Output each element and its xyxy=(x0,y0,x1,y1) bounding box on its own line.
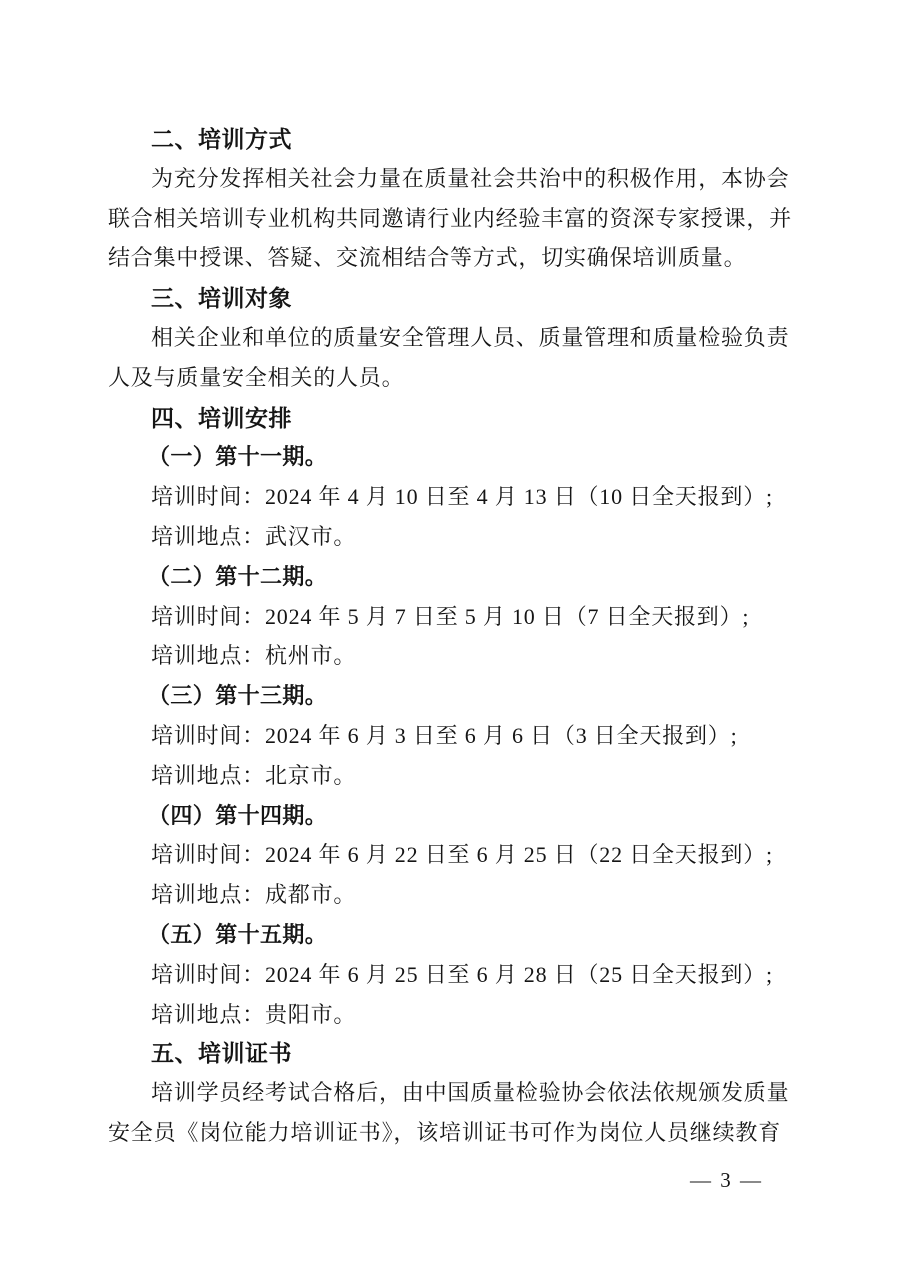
session-13-location: 培训地点：北京市。 xyxy=(151,763,356,789)
page-number: — 3 — xyxy=(690,1168,763,1193)
heading-training-audience: 三、培训对象 xyxy=(151,285,292,311)
para-training-certificate-line-2: 安全员《岗位能力培训证书》，该培训证书可作为岗位人员继续教育 xyxy=(108,1120,781,1146)
session-12-location: 培训地点：杭州市。 xyxy=(151,643,356,669)
para-training-certificate-line-1: 培训学员经考试合格后，由中国质量检验协会依法依规颁发质量 xyxy=(151,1080,789,1106)
item-heading-session-12: （二）第十二期。 xyxy=(148,564,327,590)
item-heading-session-15: （五）第十五期。 xyxy=(148,922,327,948)
session-15-location: 培训地点：贵阳市。 xyxy=(151,1002,356,1028)
para-training-method-line-2: 联合相关培训专业机构共同邀请行业内经验丰富的资深专家授课，并 xyxy=(108,206,792,232)
session-15-time: 培训时间：2024 年 6 月 25 日至 6 月 28 日（25 日全天报到）… xyxy=(151,962,773,988)
session-14-time: 培训时间：2024 年 6 月 22 日至 6 月 25 日（22 日全天报到）… xyxy=(151,842,773,868)
session-11-location: 培训地点：武汉市。 xyxy=(151,524,356,550)
para-training-audience-line-1: 相关企业和单位的质量安全管理人员、质量管理和质量检验负责 xyxy=(151,325,789,351)
item-heading-session-11: （一）第十一期。 xyxy=(148,444,327,470)
session-12-time: 培训时间：2024 年 5 月 7 日至 5 月 10 日（7 日全天报到）; xyxy=(151,604,749,630)
para-training-method-line-3: 结合集中授课、答疑、交流相结合等方式，切实确保培训质量。 xyxy=(108,245,746,271)
session-14-location: 培训地点：成都市。 xyxy=(151,882,356,908)
item-heading-session-14: （四）第十四期。 xyxy=(148,803,327,829)
document-page: 二、培训方式 为充分发挥相关社会力量在质量社会共治中的积极作用，本协会 联合相关… xyxy=(0,0,900,1273)
heading-training-certificate: 五、培训证书 xyxy=(151,1040,292,1066)
item-heading-session-13: （三）第十三期。 xyxy=(148,683,327,709)
heading-training-method: 二、培训方式 xyxy=(151,126,292,152)
para-training-audience-line-2: 人及与质量安全相关的人员。 xyxy=(108,365,404,391)
heading-training-schedule: 四、培训安排 xyxy=(151,405,292,431)
para-training-method-line-1: 为充分发挥相关社会力量在质量社会共治中的积极作用，本协会 xyxy=(151,166,789,192)
session-11-time: 培训时间：2024 年 4 月 10 日至 4 月 13 日（10 日全天报到）… xyxy=(151,484,773,510)
session-13-time: 培训时间：2024 年 6 月 3 日至 6 月 6 日（3 日全天报到）; xyxy=(151,723,738,749)
